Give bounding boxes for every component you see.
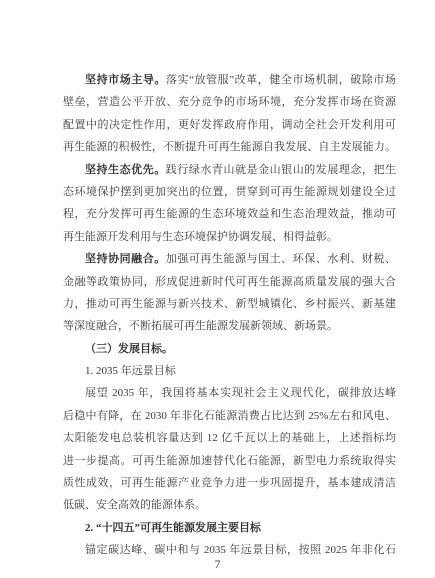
text-line-content: 再生能源的积极性，不断提升可再生能源自我发展、自主发展能力。 (63, 141, 396, 153)
text-line: 坚持生态优先。践行绿水青山就是金山银山的发展理念，把生 (63, 159, 396, 181)
text-line: 程，充分发挥可再生能源的生态环境效益和生态治理效益，推动可 (63, 203, 396, 225)
text-line-content: 践行绿水青山就是金山银山的发展理念，把生 (166, 164, 396, 176)
text-line-content: 展望 2035 年，我国将基本实现社会主义现代化，碳排放达峰 (85, 387, 396, 399)
text-line: 后稳中有降，在 2030 年非化石能源消费占比达到 25%左右和风电、 (63, 405, 396, 427)
text-line-content: 太阳能发电总装机容量达到 12 亿千瓦以上的基础上，上述指标均 (63, 432, 396, 444)
text-line-content: 锚定碳达峰、碳中和与 2035 年远景目标，按照 2025 年非化石 (85, 544, 396, 556)
paragraph-lead: 坚持生态优先。 (85, 164, 166, 176)
text-line: 力，推动可再生能源与新兴技术、新型城镇化、乡村振兴、新基建 (63, 293, 396, 315)
text-line-content: 态环境保护摆到更加突出的位置，贯穿到可再生能源规划建设全过 (63, 186, 396, 198)
text-line: 金融等政策协同，形成促进新时代可再生能源高质量发展的强大合 (63, 271, 396, 293)
document-text-block: 坚持市场主导。落实“放管服”改革，健全市场机制，破除市场 壁垒，营造公平开放、充… (63, 69, 396, 562)
paragraph-lead: 坚持协同融合。 (85, 253, 166, 265)
text-line-content: 落实“放管服”改革，健全市场机制，破除市场 (166, 74, 396, 86)
text-line-content: 壁垒，营造公平开放、充分竞争的市场环境，充分发挥市场在资源 (63, 96, 396, 108)
sub-heading-text: 2. “十四五”可再生能源发展主要目标 (85, 522, 261, 534)
text-line: 坚持协同融合。加强可再生能源与国土、环保、水利、财税、 (63, 248, 396, 270)
text-line-content: 再生能源开发利用与生态环境保护协调发展、相得益彰。 (63, 231, 338, 243)
sub-heading: 2. “十四五”可再生能源发展主要目标 (63, 517, 396, 539)
text-line: 低碳、安全高效的能源体系。 (63, 494, 396, 516)
section-heading: （三）发展目标。 (63, 338, 396, 360)
paragraph-lead: 坚持市场主导。 (85, 74, 166, 86)
text-line-content: 加强可再生能源与国土、环保、水利、财税、 (166, 253, 396, 265)
text-line: 展望 2035 年，我国将基本实现社会主义现代化，碳排放达峰 (63, 382, 396, 404)
text-line-content: 质性成效，可再生能源产业竞争力进一步巩固提升，基本建成清洁 (63, 477, 396, 489)
sub-heading-text: 1. 2035 年远景目标 (85, 365, 176, 377)
text-line-content: 等深度融合，不断拓展可再生能源发展新领域、新场景。 (63, 320, 338, 332)
text-line: 态环境保护摆到更加突出的位置，贯穿到可再生能源规划建设全过 (63, 181, 396, 203)
document-page: 坚持市场主导。落实“放管服”改革，健全市场机制，破除市场 壁垒，营造公平开放、充… (0, 0, 435, 578)
text-line-content: 低碳、安全高效的能源体系。 (63, 499, 206, 511)
text-line-content: 程，充分发挥可再生能源的生态环境效益和生态治理效益，推动可 (63, 208, 396, 220)
page-number: 7 (0, 559, 435, 571)
text-line: 壁垒，营造公平开放、充分竞争的市场环境，充分发挥市场在资源 (63, 91, 396, 113)
text-line: 再生能源的积极性，不断提升可再生能源自我发展、自主发展能力。 (63, 136, 396, 158)
text-line-content: 金融等政策协同，形成促进新时代可再生能源高质量发展的强大合 (63, 276, 396, 288)
text-line-content: 后稳中有降，在 2030 年非化石能源消费占比达到 25%左右和风电、 (63, 410, 396, 422)
text-line-content: 配置中的决定性作用，更好发挥政府作用，调动全社会开发利用可 (63, 119, 396, 131)
text-line: 进一步提高。可再生能源加速替代化石能源，新型电力系统取得实 (63, 450, 396, 472)
text-line-content: 进一步提高。可再生能源加速替代化石能源，新型电力系统取得实 (63, 455, 396, 467)
section-heading-text: （三）发展目标。 (85, 343, 173, 355)
text-line-content: 力，推动可再生能源与新兴技术、新型城镇化、乡村振兴、新基建 (63, 298, 396, 310)
text-line: 等深度融合，不断拓展可再生能源发展新领域、新场景。 (63, 315, 396, 337)
text-line: 再生能源开发利用与生态环境保护协调发展、相得益彰。 (63, 226, 396, 248)
text-line: 质性成效，可再生能源产业竞争力进一步巩固提升，基本建成清洁 (63, 472, 396, 494)
text-line: 配置中的决定性作用，更好发挥政府作用，调动全社会开发利用可 (63, 114, 396, 136)
sub-heading: 1. 2035 年远景目标 (63, 360, 396, 382)
text-line: 坚持市场主导。落实“放管服”改革，健全市场机制，破除市场 (63, 69, 396, 91)
text-line: 太阳能发电总装机容量达到 12 亿千瓦以上的基础上，上述指标均 (63, 427, 396, 449)
